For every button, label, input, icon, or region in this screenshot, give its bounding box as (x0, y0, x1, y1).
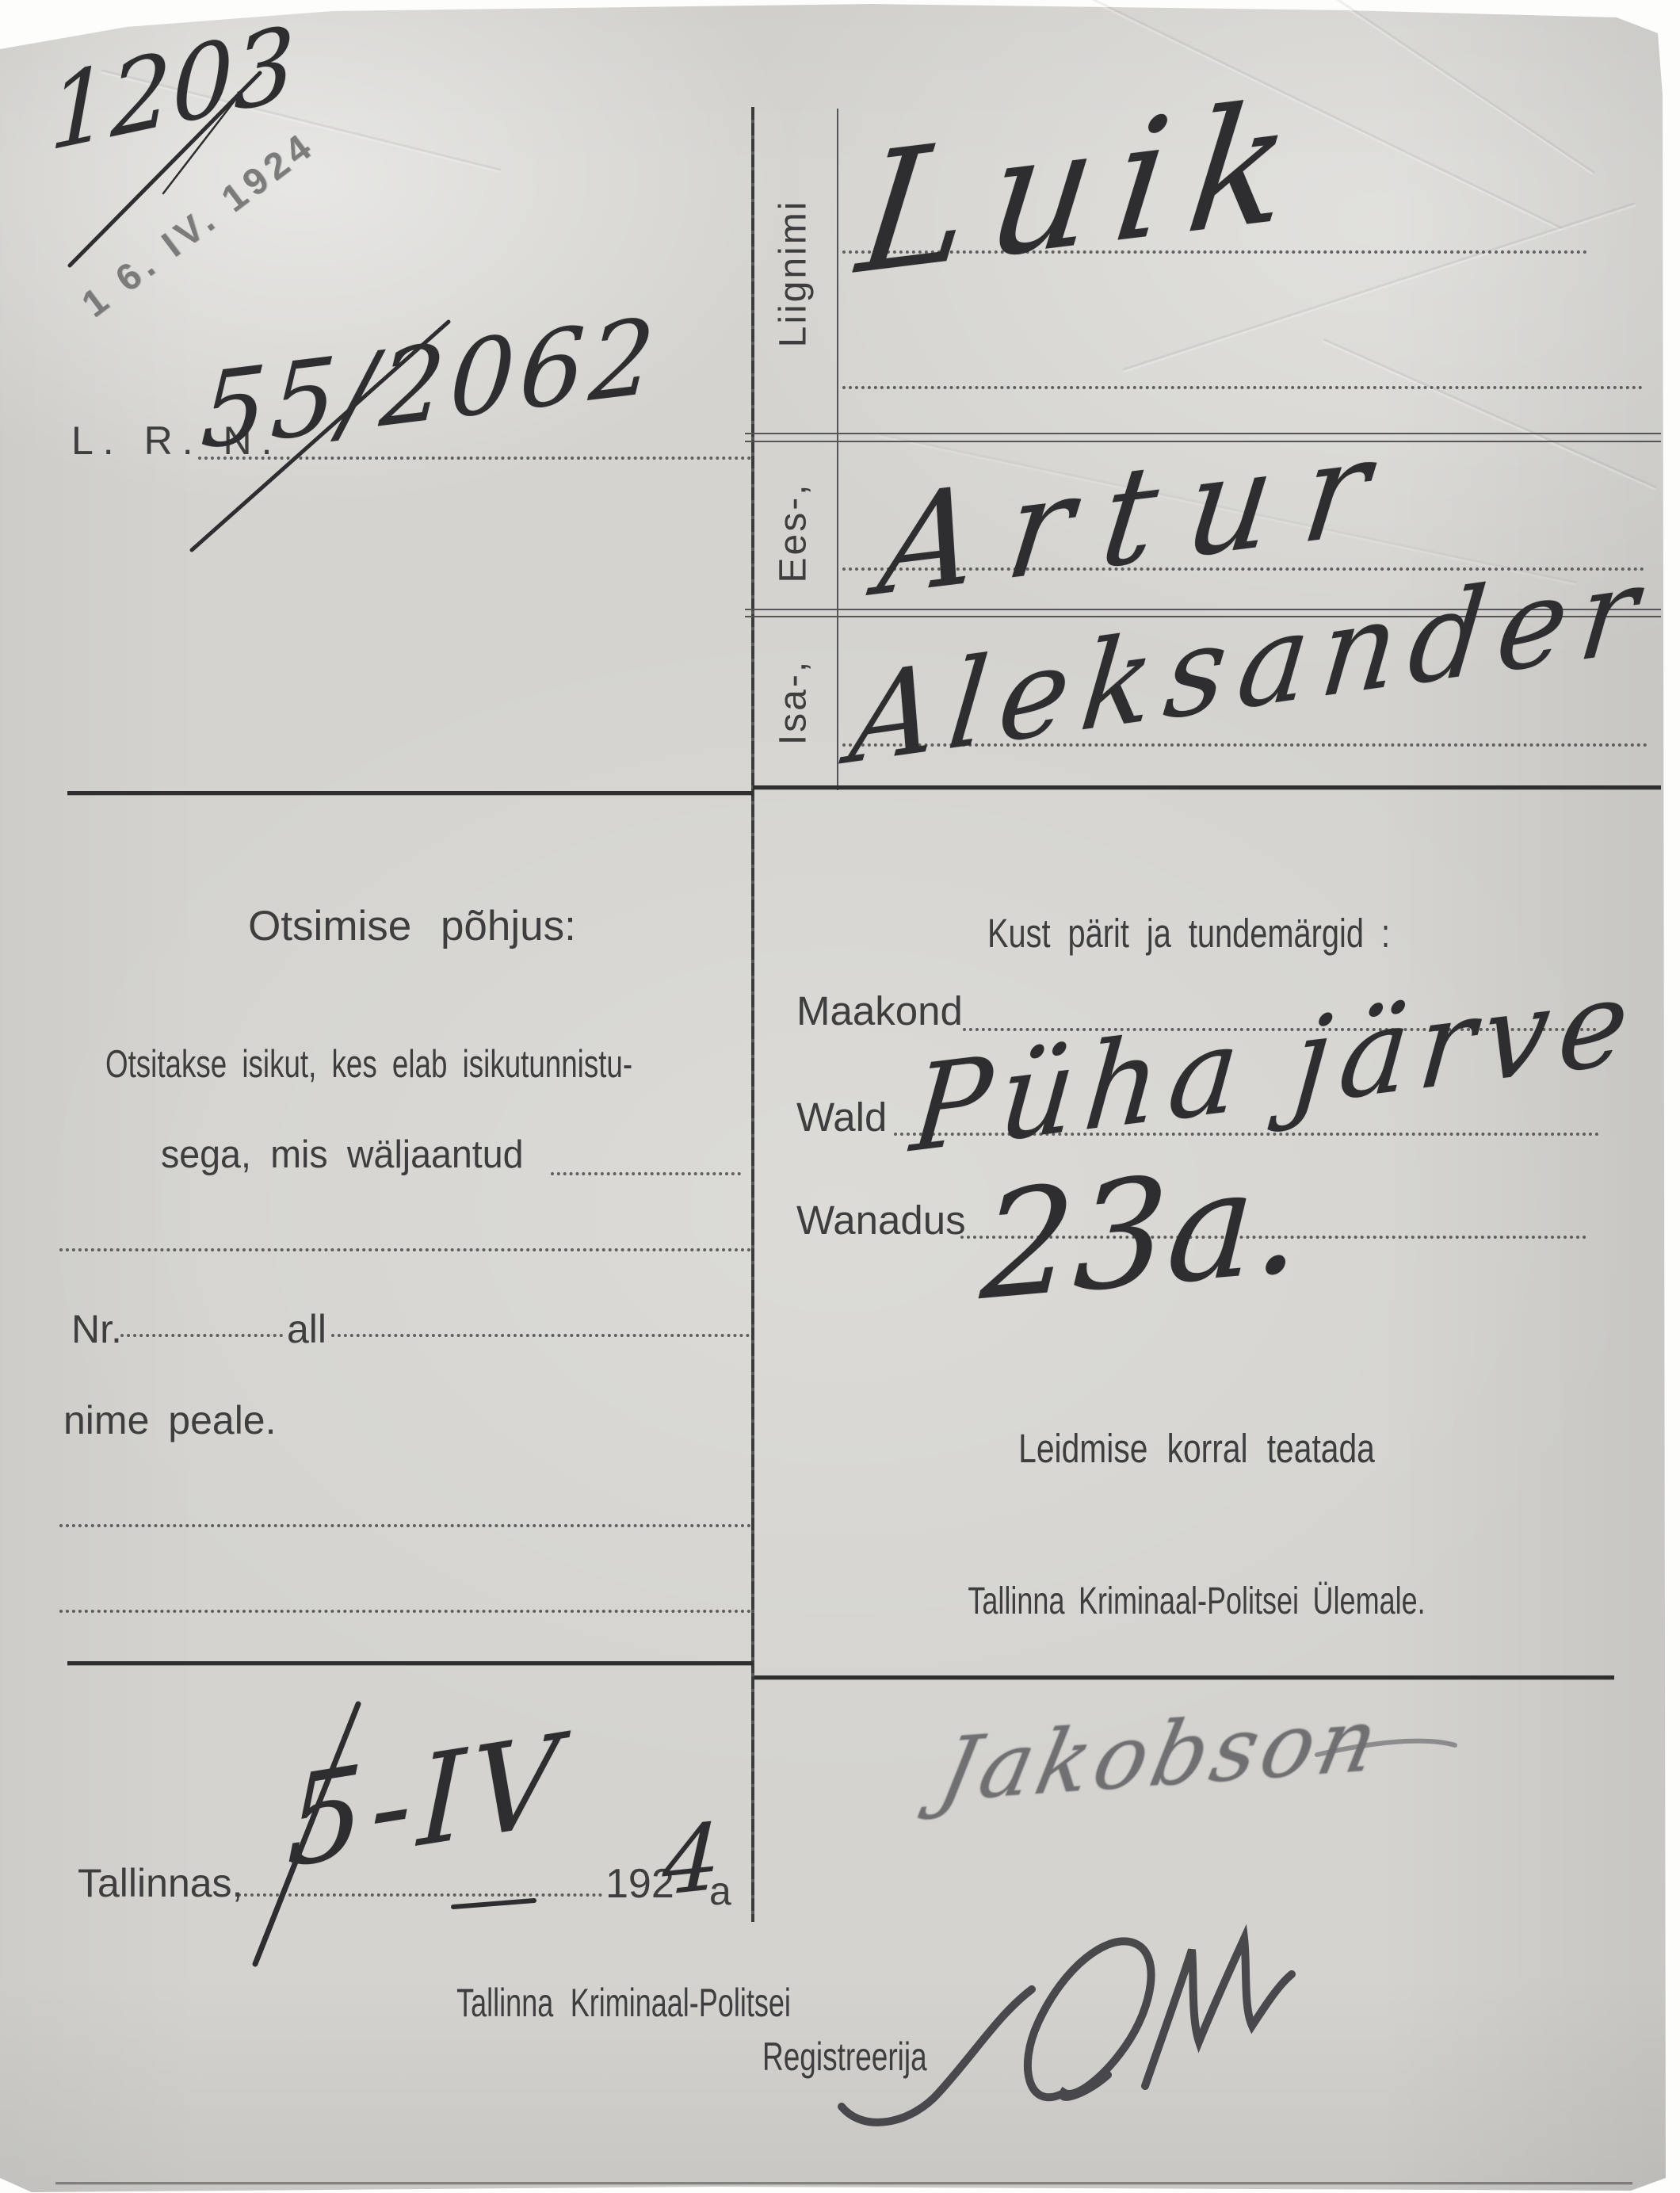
signature-loop-stroke (1028, 1941, 1151, 2097)
registry-slash-hairline (163, 94, 240, 193)
date-slash-stroke (255, 1704, 358, 1964)
scanned-police-card: L. R. N. Liignimi Ees-, Isa-, Otsimise p… (0, 0, 1680, 2193)
pencil-signature-tail (1317, 1741, 1455, 1755)
registry-slash-stroke (70, 73, 260, 266)
registrar-ink-signature (842, 1939, 1292, 2122)
date-underline-stroke (453, 1901, 534, 1907)
signature-leadin-stroke (842, 1989, 1032, 2122)
signature-w-stroke (1145, 1939, 1292, 2086)
lrn-slash-stroke (192, 322, 449, 550)
hand-strokes-layer (0, 0, 1680, 2193)
